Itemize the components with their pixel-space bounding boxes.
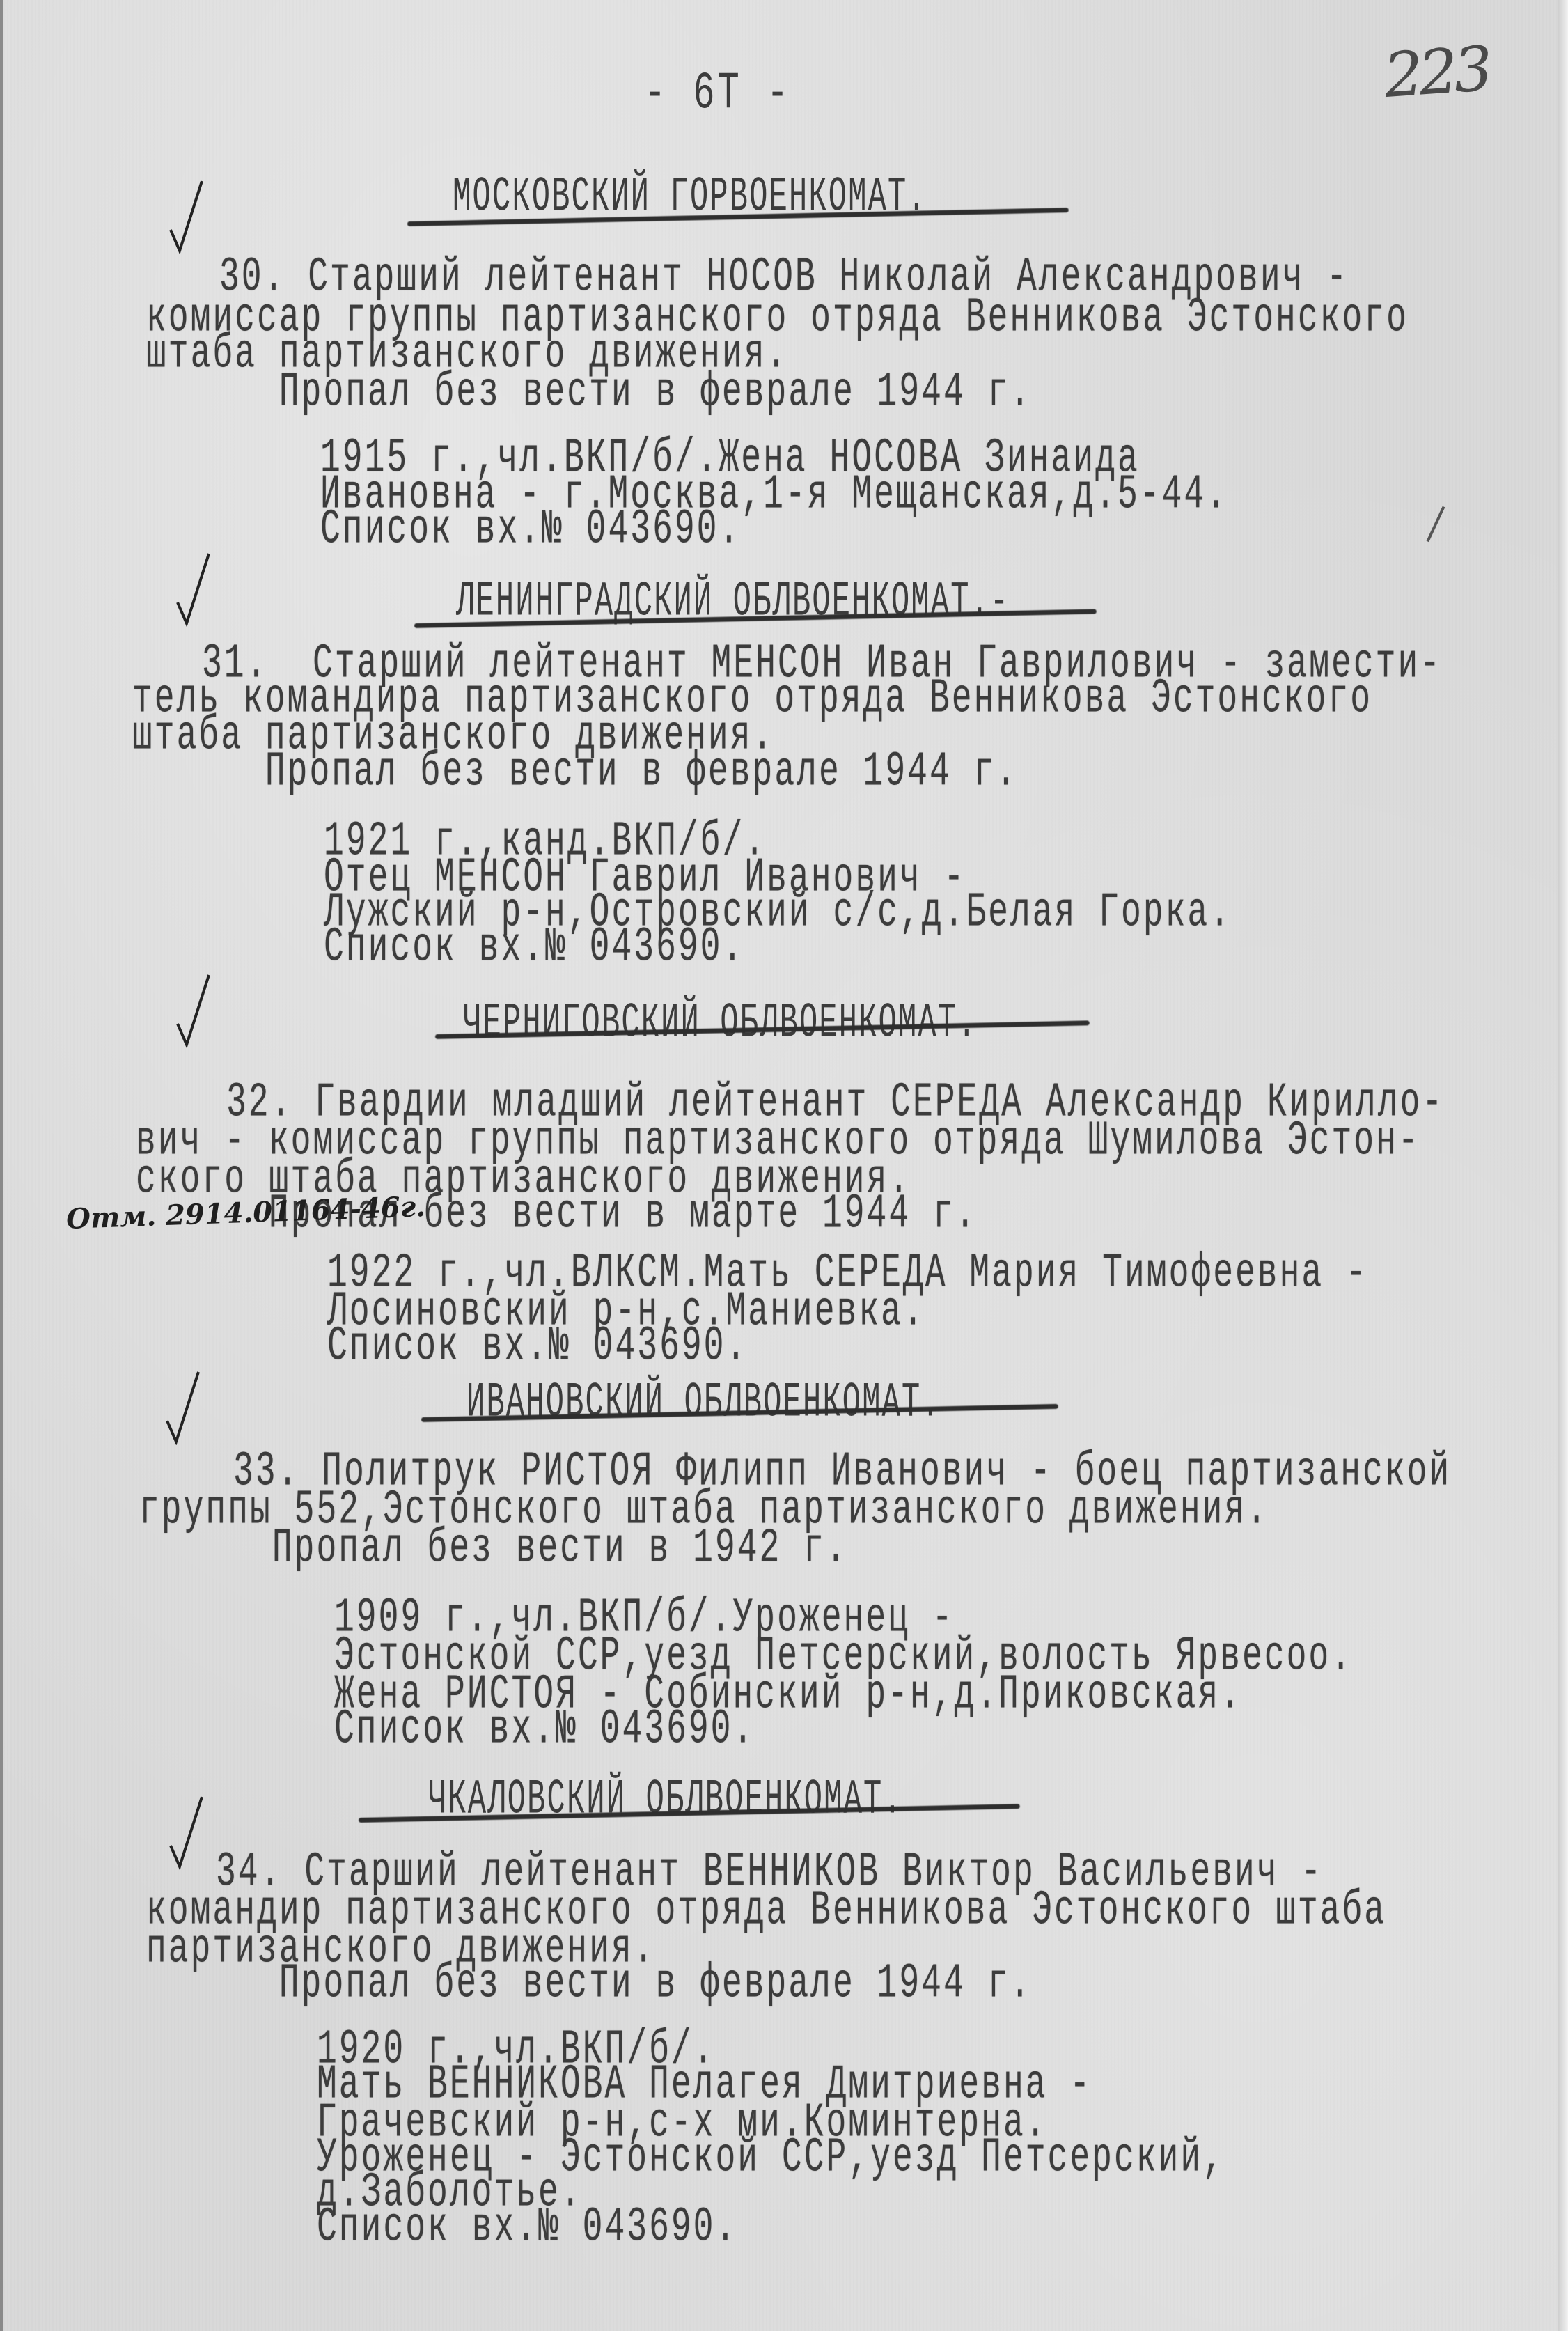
- entry-32-detail-3: Список вх.№ 043690.: [327, 1320, 748, 1374]
- page-edge-right: [1558, 0, 1568, 2331]
- section-title-chkalov: ЧКАЛОВСКИЙ ОБЛВОЕНКОМАТ.: [428, 1772, 903, 1828]
- entry-31-detail-4: Список вх.№ 043690.: [324, 921, 744, 975]
- entry-34-status: Пропал без вести в феврале 1944 г.: [146, 1957, 1032, 2011]
- checkmark-icon: [164, 1369, 205, 1445]
- entry-30-status: Пропал без вести в феврале 1944 г.: [146, 366, 1032, 420]
- checkmark-icon: [174, 972, 216, 1048]
- handwritten-page-number: 223: [1382, 33, 1491, 111]
- stray-pen-mark: [1427, 506, 1445, 543]
- section-title-ivanovo: ИВАНОВСКИЙ ОБЛВОЕНКОМАТ.: [467, 1375, 941, 1431]
- document-page: - 6Т - 223 МОСКОВСКИЙ ГОРВОЕНКОМАТ. 30. …: [0, 0, 1568, 2331]
- checkmark-icon: [167, 1793, 209, 1870]
- entry-33-status: Пропал без вести в 1942 г.: [139, 1522, 848, 1576]
- page-marker: - 6Т -: [644, 64, 791, 124]
- checkmark-icon: [174, 550, 216, 627]
- entry-34-detail-6: Список вх.№ 043690.: [317, 2201, 737, 2255]
- entry-31-status: Пропал без вести в феврале 1944 г.: [132, 745, 1018, 800]
- checkmark-icon: [167, 178, 209, 254]
- page-edge-left: [0, 0, 3, 2331]
- entry-30-detail-3: Список вх.№ 043690.: [320, 503, 741, 557]
- entry-33-detail-4: Список вх.№ 043690.: [334, 1703, 755, 1757]
